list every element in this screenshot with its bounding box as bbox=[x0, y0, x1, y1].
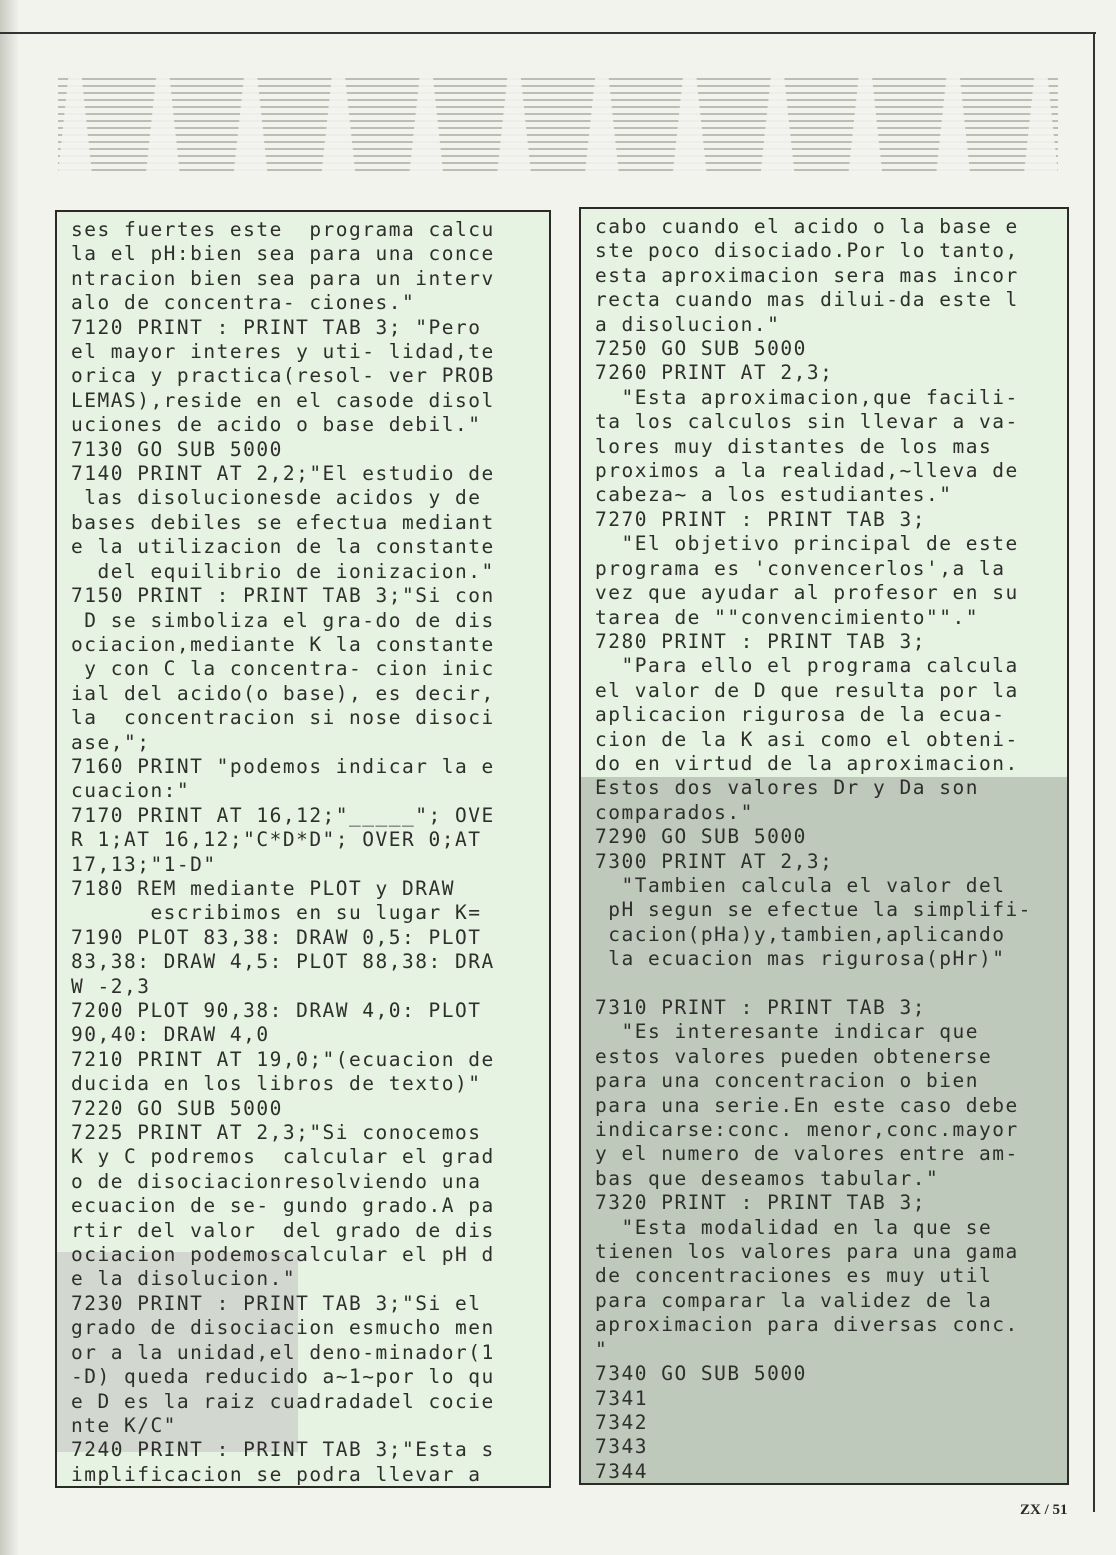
code-line: estos valores pueden obtenerse bbox=[595, 1045, 1055, 1069]
code-line: K y C podremos calcular el grad bbox=[71, 1145, 537, 1169]
code-line: orica y practica(resol- ver PROB bbox=[71, 364, 537, 388]
code-line: "Esta modalidad en la que se bbox=[595, 1216, 1055, 1240]
page-frame-top-rule bbox=[0, 32, 1096, 34]
code-line: el mayor interes y uti- lidad,te bbox=[71, 340, 537, 364]
code-line: 7344 bbox=[595, 1460, 1055, 1484]
code-line: 7220 GO SUB 5000 bbox=[71, 1097, 537, 1121]
code-line: 7343 bbox=[595, 1435, 1055, 1459]
code-line: 7260 PRINT AT 2,3; bbox=[595, 361, 1055, 385]
code-line: "Tambien calcula el valor del bbox=[595, 874, 1055, 898]
basic-listing-left-column: ses fuertes este programa calcula el pH:… bbox=[55, 210, 551, 1488]
code-line: pH segun se efectue la simplifi- bbox=[595, 898, 1055, 922]
code-line: D se simboliza el gra-do de dis bbox=[71, 609, 537, 633]
code-line: la concentracion si nose disoci bbox=[71, 706, 537, 730]
code-line: aplicacion rigurosa de la ecua- bbox=[595, 703, 1055, 727]
code-line: para una concentracion o bien bbox=[595, 1069, 1055, 1093]
code-line: las disolucionesde acidos y de bbox=[71, 486, 537, 510]
code-line: ducida en los libros de texto)" bbox=[71, 1072, 537, 1096]
code-line: o de disociacionresolviendo una bbox=[71, 1170, 537, 1194]
code-line: 7180 REM mediante PLOT y DRAW bbox=[71, 877, 537, 901]
code-line: proximos a la realidad,~lleva de bbox=[595, 459, 1055, 483]
code-line: tienen los valores para una gama bbox=[595, 1240, 1055, 1264]
code-line: ociacion podemoscalcular el pH d bbox=[71, 1243, 537, 1267]
code-line: 7310 PRINT : PRINT TAB 3; bbox=[595, 996, 1055, 1020]
code-line: ntracion bien sea para un interv bbox=[71, 267, 537, 291]
code-line: 7345 bbox=[595, 1484, 1055, 1485]
code-line: 7225 PRINT AT 2,3;"Si conocemos bbox=[71, 1121, 537, 1145]
page-number: ZX / 51 bbox=[1020, 1502, 1068, 1519]
code-line: 7170 PRINT AT 16,12;"_____"; OVE bbox=[71, 804, 537, 828]
code-line: e D es la raiz cuadradadel cocie bbox=[71, 1390, 537, 1414]
code-line: ste poco disociado.Por lo tanto, bbox=[595, 239, 1055, 263]
code-line: programa es 'convencerlos',a la bbox=[595, 557, 1055, 581]
code-line: aproximacion para diversas conc. bbox=[595, 1313, 1055, 1337]
code-line: y el numero de valores entre am- bbox=[595, 1142, 1055, 1166]
code-line: bases debiles se efectua mediant bbox=[71, 511, 537, 535]
code-line: 7240 PRINT : PRINT TAB 3;"Esta s bbox=[71, 1438, 537, 1462]
code-line: uciones de acido o base debil." bbox=[71, 413, 537, 437]
basic-listing-right-column: cabo cuando el acido o la base este poco… bbox=[579, 207, 1069, 1485]
banner-letter-pattern bbox=[58, 78, 1058, 174]
code-line: e la disolucion." bbox=[71, 1267, 537, 1291]
code-line: W -2,3 bbox=[71, 975, 537, 999]
code-line: 7150 PRINT : PRINT TAB 3;"Si con bbox=[71, 584, 537, 608]
code-line: ase,"; bbox=[71, 731, 537, 755]
code-line: 7341 bbox=[595, 1387, 1055, 1411]
code-line: bas que deseamos tabular." bbox=[595, 1167, 1055, 1191]
code-line: cabo cuando el acido o la base e bbox=[595, 215, 1055, 239]
code-line: alo de concentra- ciones." bbox=[71, 291, 537, 315]
code-line: 7230 PRINT : PRINT TAB 3;"Si el bbox=[71, 1292, 537, 1316]
page-gutter-shadow bbox=[0, 0, 18, 1555]
code-line: esta aproximacion sera mas incor bbox=[595, 264, 1055, 288]
code-line: 7200 PLOT 90,38: DRAW 4,0: PLOT bbox=[71, 999, 537, 1023]
code-line: do en virtud de la aproximacion. bbox=[595, 752, 1055, 776]
code-line: 7210 PRINT AT 19,0;"(ecuacion de bbox=[71, 1048, 537, 1072]
code-line: e la utilizacion de la constante bbox=[71, 535, 537, 559]
code-line: y con C la concentra- cion inic bbox=[71, 657, 537, 681]
code-line: 83,38: DRAW 4,5: PLOT 88,38: DRA bbox=[71, 950, 537, 974]
code-line: LEMAS),reside en el casode disol bbox=[71, 389, 537, 413]
code-line: para comparar la validez de la bbox=[595, 1289, 1055, 1313]
code-line: rtir del valor del grado de dis bbox=[71, 1219, 537, 1243]
code-line: comparados." bbox=[595, 801, 1055, 825]
code-line: la ecuacion mas rigurosa(pHr)" bbox=[595, 947, 1055, 971]
code-line: de concentraciones es muy util bbox=[595, 1264, 1055, 1288]
code-line: ial del acido(o base), es decir, bbox=[71, 682, 537, 706]
code-line: implificacion se podra llevar a bbox=[71, 1463, 537, 1487]
listing-lines: cabo cuando el acido o la base este poco… bbox=[595, 215, 1055, 1485]
code-line: -D) queda reducido a~1~por lo qu bbox=[71, 1365, 537, 1389]
code-line: cion de la K asi como el obteni- bbox=[595, 728, 1055, 752]
code-line: a disolucion." bbox=[595, 313, 1055, 337]
code-line: 17,13;"1-D" bbox=[71, 853, 537, 877]
code-line: escribimos en su lugar K= bbox=[71, 901, 537, 925]
code-line: indicarse:conc. menor,conc.mayor bbox=[595, 1118, 1055, 1142]
code-line: del equilibrio de ionizacion." bbox=[71, 560, 537, 584]
code-line: 7340 GO SUB 5000 bbox=[595, 1362, 1055, 1386]
code-line: 7270 PRINT : PRINT TAB 3; bbox=[595, 508, 1055, 532]
code-line: ses fuertes este programa calcu bbox=[71, 218, 537, 242]
code-line: recta cuando mas dilui-da este l bbox=[595, 288, 1055, 312]
code-line: "Esta aproximacion,que facili- bbox=[595, 386, 1055, 410]
code-line: vez que ayudar al profesor en su bbox=[595, 581, 1055, 605]
code-line: lores muy distantes de los mas bbox=[595, 435, 1055, 459]
code-line: ta los calculos sin llevar a va- bbox=[595, 410, 1055, 434]
code-line: R 1;AT 16,12;"C*D*D"; OVER 0;AT bbox=[71, 828, 537, 852]
page-frame-right-rule bbox=[1093, 32, 1095, 1512]
code-line: " bbox=[595, 1338, 1055, 1362]
code-line: 7300 PRINT AT 2,3; bbox=[595, 850, 1055, 874]
code-line bbox=[595, 972, 1055, 996]
listing-lines: ses fuertes este programa calcula el pH:… bbox=[71, 218, 537, 1487]
code-line: or a la unidad,el deno-minador(1 bbox=[71, 1341, 537, 1365]
code-line: 7342 bbox=[595, 1411, 1055, 1435]
code-line: 7250 GO SUB 5000 bbox=[595, 337, 1055, 361]
code-line: Estos dos valores Dr y Da son bbox=[595, 776, 1055, 800]
code-line: ecuacion de se- gundo grado.A pa bbox=[71, 1194, 537, 1218]
code-line: grado de disociacion esmucho men bbox=[71, 1316, 537, 1340]
code-line: la el pH:bien sea para una conce bbox=[71, 242, 537, 266]
code-line: cacion(pHa)y,tambien,aplicando bbox=[595, 923, 1055, 947]
code-line: 7290 GO SUB 5000 bbox=[595, 825, 1055, 849]
code-line: 7120 PRINT : PRINT TAB 3; "Pero bbox=[71, 316, 537, 340]
code-line: 90,40: DRAW 4,0 bbox=[71, 1023, 537, 1047]
code-line: cuacion:" bbox=[71, 779, 537, 803]
code-line: tarea de ""convencimiento""." bbox=[595, 606, 1055, 630]
code-line: "Para ello el programa calcula bbox=[595, 654, 1055, 678]
code-line: nte K/C" bbox=[71, 1414, 537, 1438]
code-line: "Es interesante indicar que bbox=[595, 1020, 1055, 1044]
code-line: 7130 GO SUB 5000 bbox=[71, 438, 537, 462]
code-line: 7160 PRINT "podemos indicar la e bbox=[71, 755, 537, 779]
code-line: ociacion,mediante K la constante bbox=[71, 633, 537, 657]
code-line: para una serie.En este caso debe bbox=[595, 1094, 1055, 1118]
code-line: 7190 PLOT 83,38: DRAW 0,5: PLOT bbox=[71, 926, 537, 950]
code-line: "El objetivo principal de este bbox=[595, 532, 1055, 556]
code-line: 7280 PRINT : PRINT TAB 3; bbox=[595, 630, 1055, 654]
code-line: el valor de D que resulta por la bbox=[595, 679, 1055, 703]
code-line: cabeza~ a los estudiantes." bbox=[595, 483, 1055, 507]
code-line: 7140 PRINT AT 2,2;"El estudio de bbox=[71, 462, 537, 486]
code-line: 7320 PRINT : PRINT TAB 3; bbox=[595, 1191, 1055, 1215]
